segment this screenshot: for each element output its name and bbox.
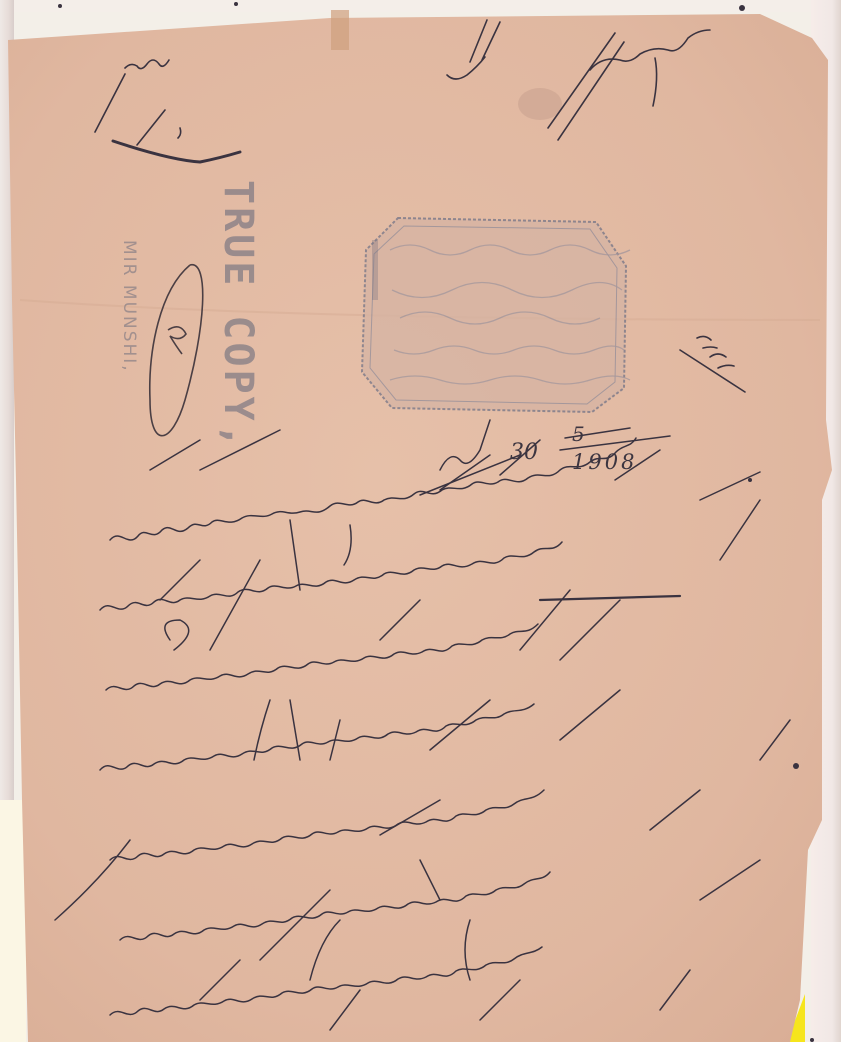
manuscript-drawing [0,0,841,1042]
date-day: 30 [510,440,538,465]
court-fee-stamp [362,218,630,412]
date-year: 1908 [572,450,637,474]
manuscript-page: TRUE COPY, MIR MUNSHI, 30 5 1908 [0,0,841,1042]
date-month: 5 [572,422,585,446]
mir-munshi-stamp: MIR MUNSHI, [119,240,139,373]
true-copy-stamp: TRUE COPY, [215,180,261,451]
tape-mark [331,10,349,50]
paper-sheet [8,14,832,1042]
